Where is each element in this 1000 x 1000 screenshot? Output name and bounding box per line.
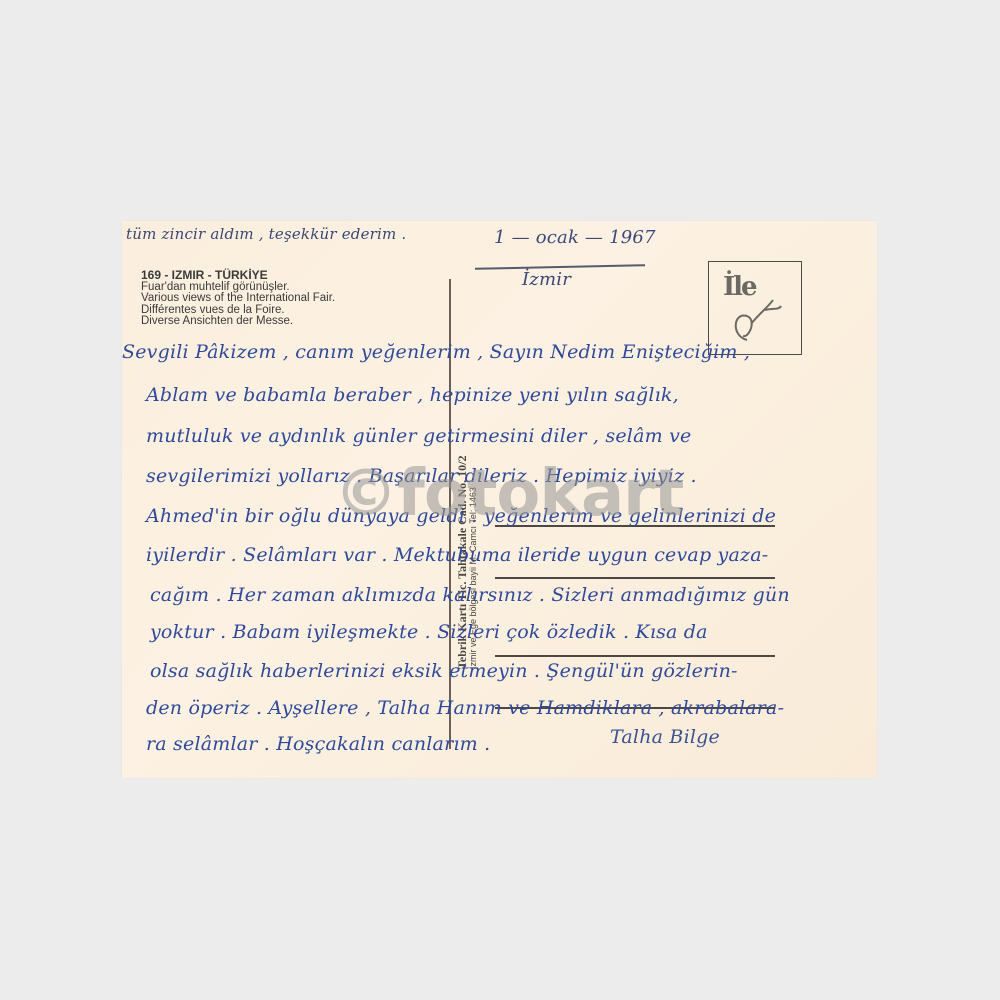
printed-caption: 169 - IZMIR - TÜRKİYE Fuar'dan muhtelif …	[141, 270, 335, 328]
message-line: cağım . Her zaman aklımızda kalırsınız .…	[150, 584, 790, 606]
place: İzmir	[522, 269, 571, 290]
caption-line-en: Various views of the International Fair.	[141, 293, 335, 305]
message-line: Ablam ve babamla beraber , hepinize yeni…	[146, 384, 679, 406]
message-line: iyilerdir . Selâmları var . Mektubuma il…	[146, 544, 768, 566]
message-line: mutluluk ve aydınlık günler getirmesini …	[146, 425, 691, 447]
message-line: den öperiz . Ayşellere , Talha Hanım ve …	[146, 697, 784, 719]
address-line-3	[495, 655, 775, 657]
top-margin-note: tüm zincir aldım , teşekkür ederim .	[126, 225, 406, 243]
message-line: ra selâmlar . Hoşçakalın canlarım .	[146, 733, 490, 755]
message-line: yoktur . Babam iyileşmekte . Sizleri çok…	[150, 621, 708, 643]
date: 1 — ocak — 1967	[494, 227, 656, 248]
logo-swirl-icon	[729, 296, 789, 346]
signature: Talha Bilge	[610, 726, 720, 748]
message-line: olsa sağlık haberlerinizi eksik etmeyin …	[150, 660, 738, 682]
message-line: Sevgili Pâkizem , canım yeğenlerim , Say…	[122, 341, 750, 363]
caption-title: 169 - IZMIR - TÜRKİYE	[141, 270, 335, 282]
postcard-back: tüm zincir aldım , teşekkür ederim . 1 —…	[122, 221, 877, 778]
caption-line-de: Diverse Ansichten der Messe.	[141, 316, 335, 328]
message-line: sevgilerimizi yollarız . Başarılar diler…	[146, 465, 697, 487]
message-line: Ahmed'in bir oğlu dünyaya geldi . yeğenl…	[146, 505, 776, 527]
address-line-2	[495, 577, 775, 579]
